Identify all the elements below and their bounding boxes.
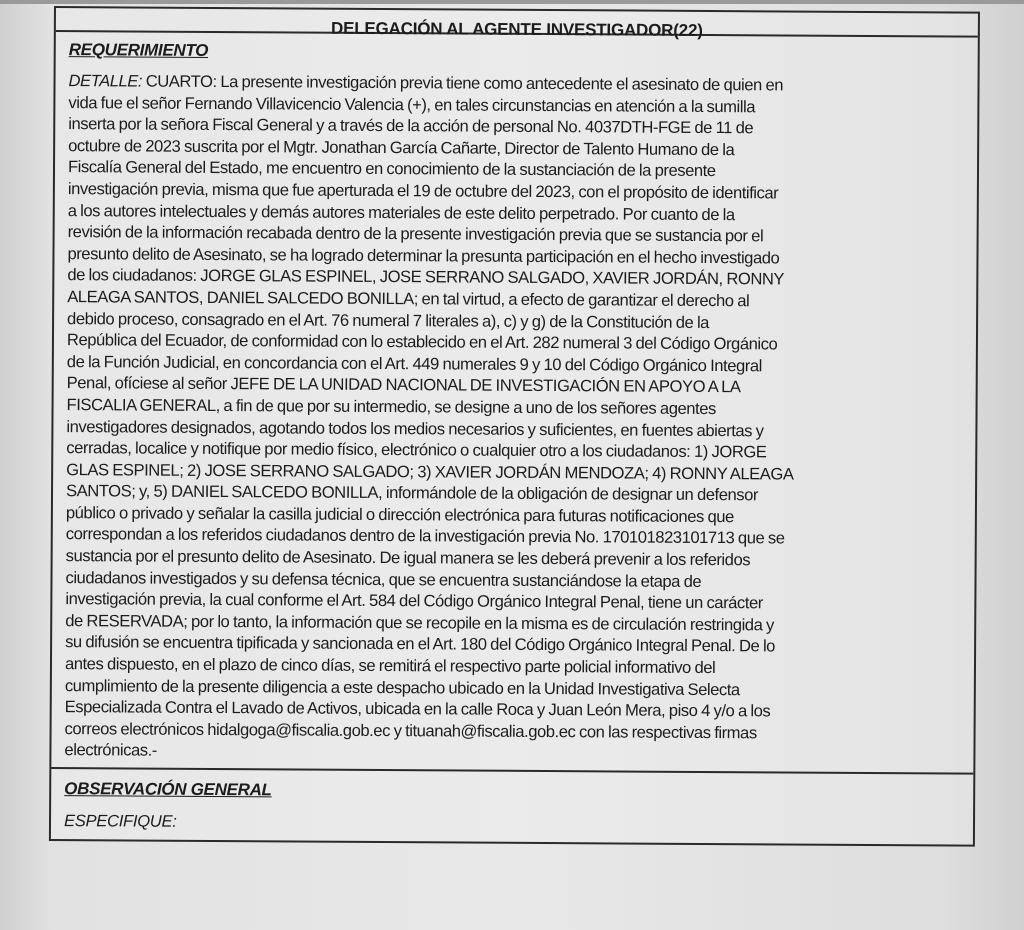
requirement-section: REQUERIMIENTO DETALLE: CUARTO: La presen… [51,32,977,775]
requirement-heading: REQUERIMIENTO [69,40,966,65]
detail-label: DETALLE: [68,71,142,90]
observation-heading: OBSERVACIÓN GENERAL [64,779,961,804]
observation-section: OBSERVACIÓN GENERAL ESPECIFIQUE: [51,769,973,845]
document-form: DELEGACIÓN AL AGENTE INVESTIGADOR(22) RE… [49,6,980,847]
requirement-detail-text: DETALLE: CUARTO: La presente investigaci… [64,70,965,766]
form-table: DELEGACIÓN AL AGENTE INVESTIGADOR(22) RE… [49,6,980,847]
photo-top-edge [0,0,1024,4]
specify-label: ESPECIFIQUE: [64,811,961,836]
form-title: DELEGACIÓN AL AGENTE INVESTIGADOR(22) [331,19,703,40]
detail-line: electrónicas.- [64,739,961,766]
